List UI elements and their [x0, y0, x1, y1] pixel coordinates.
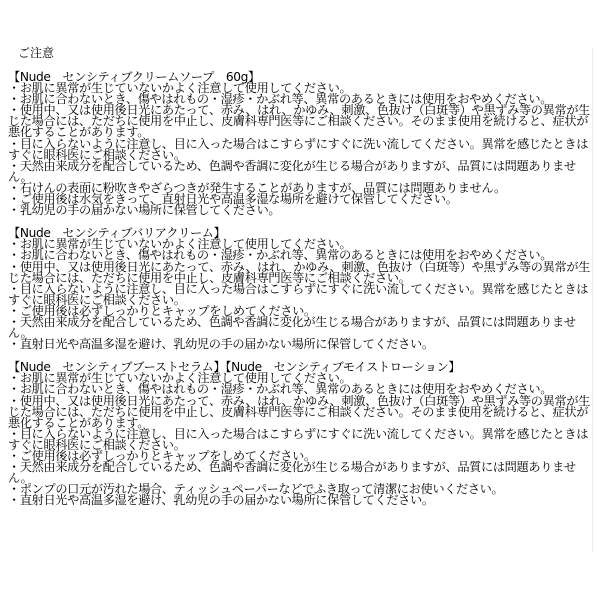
section-serum-lotion: 【Nude センシティブブーストセラム】【Nude センシティブモイストローショ… [8, 362, 592, 506]
caution-item: ・天然由来成分を配合しているため、色調や香調に変化が生じる場合がありますが、品質… [8, 317, 592, 339]
caution-content: 【Nude センシティブクリームソープ 60g】 ・お肌に異常が生じていないかよ… [8, 72, 592, 506]
caution-item: ・目に入らないように注意し、目に入った場合はこすらずにすぐに洗い流してください。… [8, 139, 592, 161]
caution-item: ・使用中、又は使用後日光にあたって、赤み、はれ、かゆみ、刺激、色抜け（白斑等）や… [8, 105, 592, 138]
notice-title: ご注意 [18, 46, 54, 60]
caution-item: ・天然由来成分を配合しているため、色調や香調に変化が生じる場合がありますが、品質… [8, 462, 592, 484]
caution-item: ・天然由来成分を配合しているため、色調や香調に変化が生じる場合がありますが、品質… [8, 161, 592, 183]
section-cream-soap: 【Nude センシティブクリームソープ 60g】 ・お肌に異常が生じていないかよ… [8, 72, 592, 216]
caution-item: ・使用中、又は使用後日光にあたって、赤み、はれ、かゆみ、刺激、色抜け（白斑等）や… [8, 262, 592, 284]
caution-item: ・使用中、又は使用後日光にあたって、赤み、はれ、かゆみ、刺激、色抜け（白斑等）や… [8, 396, 592, 429]
caution-item: ・目に入らないように注意し、目に入った場合はこすらずにすぐに洗い流してください。… [8, 284, 592, 306]
caution-item: ・目に入らないように注意し、目に入った場合はこすらずにすぐに洗い流してください。… [8, 429, 592, 451]
section-barrier-cream: 【Nude センシティブバリアクリーム】 ・お肌に異常が生じていないかよく注意し… [8, 228, 592, 350]
caution-item: ・直射日光や高温多湿を避け、乳幼児の手の届かない場所に保管してください。 [8, 339, 592, 350]
caution-item: ・乳幼児の手の届かない場所に保管してください。 [8, 205, 592, 216]
caution-item: ・直射日光や高温多湿を避け、乳幼児の手の届かない場所に保管してください。 [8, 495, 592, 506]
frame-border [592, 48, 593, 552]
